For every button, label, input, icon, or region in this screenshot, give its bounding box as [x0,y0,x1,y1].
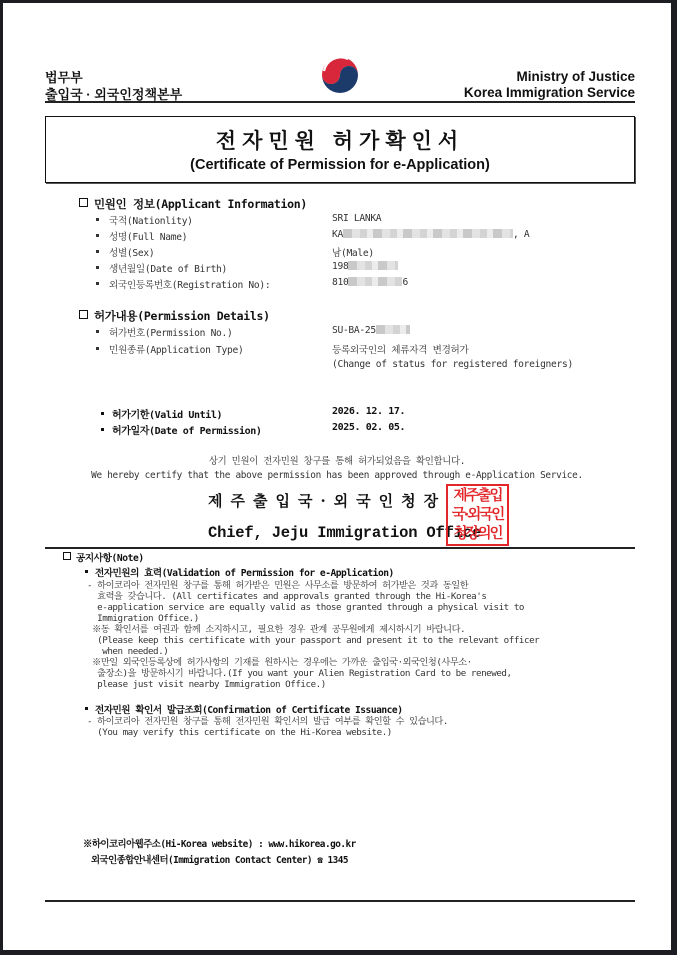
permission-no-value: SU-BA-25 [332,325,410,336]
sex-label: 성별(Sex) [96,245,154,259]
permission-no-label: 허가번호(Permission No.) [96,325,233,339]
footer-divider [45,900,635,902]
issuer-ko: 제주출입국·외국인청장 [208,490,446,511]
bullet-icon [96,234,99,237]
note-issuance-title: 전자민원 확인서 발급조회(Confirmation of Certificat… [85,702,402,716]
sex-value: 남(Male) [332,245,374,259]
certify-statement-ko: 상기 민원이 전자민원 창구를 통해 허가되었음을 확인합니다. [3,453,671,467]
document-title-en: (Certificate of Permission for e-Applica… [46,157,634,173]
checkbox-square-icon [79,198,88,207]
redaction-blur [348,277,402,286]
bullet-icon [96,250,99,253]
bullet-icon [96,282,99,285]
full-name-value: KA, A [332,229,529,240]
note-validation-body: - 하이코리아 전자민원 창구를 통해 허가받은 민원은 사무소를 방문하여 허… [87,580,539,690]
note-validation-title: 전자민원의 효력(Validation of Permission for e-… [85,565,394,579]
certify-statement-en: We hereby certify that the above permiss… [3,470,671,481]
header-divider [45,101,635,103]
redaction-blur [348,261,398,270]
permission-date-label: 허가일자(Date of Permission) [101,422,261,437]
ministry-ko-name: 법무부 [45,69,182,86]
dob-value: 198 [332,261,398,272]
bullet-icon [85,707,88,710]
dob-label: 생년월일(Date of Birth) [96,261,227,275]
application-type-label: 민원종류(Application Type) [96,342,243,356]
ministry-ko: 법무부 출입국 · 외국인정책본부 [45,69,182,103]
bullet-icon [96,347,99,350]
ministry-en-name: Ministry of Justice [464,69,635,85]
official-seal-stamp: 제주출입 국·외국인 청장의인 [446,484,509,546]
bullet-icon [85,570,88,573]
service-en-name: Korea Immigration Service [464,85,635,101]
bullet-icon [96,218,99,221]
full-name-label: 성명(Full Name) [96,229,187,243]
redaction-blur [376,325,410,334]
contact-center: 외국인종합안내센터(Immigration Contact Center) ☎ … [91,852,348,866]
title-box: 전자민원 허가확인서 (Certificate of Permission fo… [45,116,635,183]
applicant-section-heading: 민원인 정보(Applicant Information) [79,196,307,212]
nationality-label: 국적(Nationlity) [96,213,193,227]
hikorea-website: ※하이코리아웹주소(Hi-Korea website) : www.hikore… [83,836,356,850]
issuer-en: Chief, Jeju Immigration Office [208,524,481,542]
bullet-icon [101,428,104,431]
document-title-ko: 전자민원 허가확인서 [46,125,634,155]
government-emblem-icon [318,53,362,97]
bullet-icon [96,330,99,333]
registration-no-value: 8106 [332,277,408,288]
notes-heading: 공지사항(Note) [63,550,144,564]
checkbox-square-icon [79,310,88,319]
nationality-value: SRI LANKA [332,213,381,224]
signature-divider [45,547,635,549]
valid-until-value: 2026. 12. 17. [332,406,405,417]
application-type-value: 등록외국인의 체류자격 변경허가 [332,342,469,356]
note-issuance-body: - 하이코리아 전자민원 창구를 통해 전자민원 확인서의 발급 여부를 확인할… [87,716,448,738]
permission-date-value: 2025. 02. 05. [332,422,405,433]
bullet-icon [96,266,99,269]
permission-section-heading: 허가내용(Permission Details) [79,308,270,324]
registration-no-label: 외국인등록번호(Registration No): [96,277,270,291]
checkbox-square-icon [63,552,71,560]
application-type-value-en: (Change of status for registered foreign… [332,359,573,370]
redaction-blur [343,229,513,238]
ministry-en: Ministry of Justice Korea Immigration Se… [464,69,635,101]
bullet-icon [101,412,104,415]
certificate-page: 법무부 출입국 · 외국인정책본부 Ministry of Justice Ko… [3,3,671,950]
valid-until-label: 허가기한(Valid Until) [101,406,222,421]
